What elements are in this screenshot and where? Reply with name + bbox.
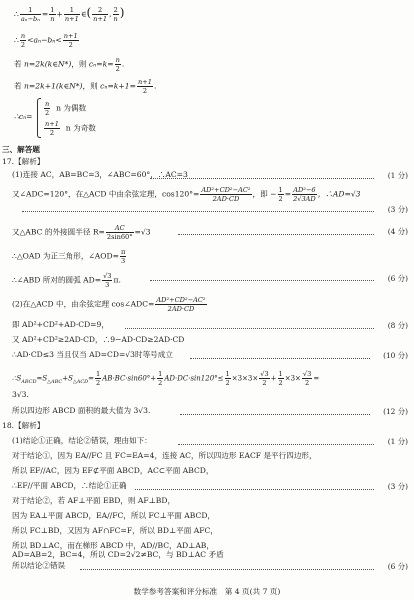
fraction: √33 — [102, 272, 112, 289]
period: . — [122, 60, 124, 69]
score: (1 分) — [388, 170, 408, 181]
score: (6 分) — [388, 561, 408, 572]
q17-header: 17.【解析】 — [2, 157, 44, 167]
fraction: 2n — [113, 6, 119, 23]
math: + — [271, 375, 277, 383]
case-odd: n+12 n 为奇数 — [43, 120, 96, 137]
fraction: 12 — [157, 370, 163, 387]
score: (12 分) — [383, 406, 408, 417]
q18-line-7: 所以 FC⊥BD，又因为 AF∩FC=F，所以 BD⊥平面 AFC， — [12, 526, 218, 536]
text: ，则 — [83, 82, 101, 91]
line-2: ∴n2<aₙ−bₙ<n+12 — [14, 32, 80, 49]
q18-line-6: 因为 EA⊥平面 ABCD，EA//FC，所以 FC⊥平面 ABCD， — [12, 511, 215, 521]
score: (1 分) — [388, 436, 408, 447]
math: +S — [62, 375, 73, 383]
case-even: n2 n 为偶数 — [43, 100, 86, 117]
fraction: √32 — [302, 370, 312, 387]
fraction: 1n+1 — [64, 6, 80, 23]
text: 又△ABC 的外接圆半径 R= — [12, 228, 105, 237]
leader-dots — [125, 328, 374, 329]
math: =S — [36, 375, 47, 383]
period: . — [154, 82, 156, 91]
fraction: 1n — [49, 6, 55, 23]
q18-line-5: 对于结论②，若 AF⊥平面 EBD，则 AF⊥BD， — [12, 496, 175, 506]
q17-line-6: (2)在△ACD 中，由余弦定理 cos∠ADC=AD²+CD²−AC²2AD·… — [12, 296, 208, 313]
text: ，∴AD=√3 — [318, 190, 361, 199]
math: AD·DC·sin120°≤ — [164, 375, 223, 383]
fraction: 12 — [278, 370, 284, 387]
fraction: π3 — [120, 248, 126, 265]
fraction: 12 — [278, 186, 284, 203]
math: cₙ=k= — [89, 60, 114, 69]
case-label: n 为奇数 — [66, 124, 96, 133]
fraction: n2 — [44, 100, 50, 117]
q17-line-10: ∴SABCD=S△ABC+S△ACD=12AB·BC·sin60°+12AD·D… — [12, 370, 319, 387]
text: = — [285, 190, 291, 199]
text: ∴△OAD 为正三角形，∠AOD= — [12, 252, 119, 261]
fraction: AD²+CD²−AC²2AD·CD — [200, 186, 251, 203]
page-footer: 数学参考答案和评分标准 第 4 页(共 7 页) — [0, 586, 414, 597]
q17-line-11: 3√3. — [12, 390, 29, 400]
leader-dots — [178, 444, 374, 445]
math: AB·BC·sin60°+ — [102, 375, 156, 383]
leader-dots — [80, 569, 374, 570]
fraction: 2n+1 — [92, 6, 108, 23]
math: ∴S — [12, 375, 21, 383]
score: (3 分) — [388, 481, 408, 492]
q17-line-3: 又△ABC 的外接圆半径 R=AC2sin60°=√3 — [12, 224, 151, 241]
q18-line-1: (1)结论①正确，结论②错误，理由如下： — [12, 436, 152, 446]
math: n=2k(k∈N*) — [24, 60, 71, 69]
fraction: 12 — [95, 370, 101, 387]
fraction: 12 — [225, 370, 231, 387]
math: ×3× — [285, 375, 301, 383]
q17-line-9: ∴AD·CD≤3 当且仅当 AD=CD=√3时等号成立 — [12, 350, 173, 360]
q18-line-9: AD=AB=2，BC=4，所以 CD=2√2≠BC，与 BD⊥AC 矛盾 — [12, 550, 224, 560]
math: n=2k+1(k∈N*) — [24, 82, 82, 91]
leader-dots — [22, 211, 374, 212]
subscript: △ACD — [73, 379, 88, 385]
q18-line-2: 对于结论①，因为 EA//FC 且 FC=EA=4，连接 AC，所以四边形 EA… — [12, 451, 317, 461]
therefore-symbol: ∴ — [14, 36, 19, 45]
subscript: ABCD — [21, 379, 36, 385]
text: =√3 — [135, 228, 151, 237]
leader-dots — [190, 358, 370, 359]
piecewise-definition: ∴cₙ= — [14, 112, 33, 122]
q17-line-12: 所以四边形 ABCD 面积的最大值为 3√3. — [12, 406, 150, 416]
fraction: n2 — [20, 32, 26, 49]
line-4: 若 n=2k+1(k∈N*)，则 cₙ=k+1=n+12. — [14, 78, 156, 95]
fraction: n+12 — [137, 78, 153, 95]
q17-line-8: 又 AD²+CD²≥2AD·CD，∴9−AD·CD≥2AD·CD — [12, 335, 184, 345]
therefore-symbol: ∴ — [14, 10, 19, 19]
leader-dots — [150, 178, 374, 179]
text: 若 — [14, 60, 24, 69]
fraction: AC2sin60° — [106, 224, 134, 241]
q18-line-10: 所以结论②错误 — [12, 561, 65, 571]
score: (3 分) — [388, 204, 408, 215]
q17-line-7: 即 AD²+CD²+AD·CD=9， — [12, 320, 109, 330]
math: ×3×3× — [232, 375, 259, 383]
math: = — [88, 375, 94, 383]
text: ，则 — [71, 60, 89, 69]
fraction: √32 — [259, 370, 269, 387]
q18-line-3: 所以 EF//AC，因为 EF⊄平面 ABCD，AC⊂平面 ABCD， — [12, 466, 213, 476]
fraction: 1aₙ−bₙ — [20, 6, 41, 23]
fraction: AD²+CD²−AC²2AD·CD — [155, 296, 206, 313]
subscript: △ABC — [47, 379, 62, 385]
text: ，即 − — [253, 190, 277, 199]
score: (10 分) — [383, 350, 408, 361]
fraction: n+12 — [63, 32, 79, 49]
math: ∴cₙ= — [14, 112, 33, 121]
fraction: n2 — [115, 56, 121, 73]
text: π. — [113, 276, 120, 285]
left-brace — [37, 98, 41, 138]
fraction: AD²−62√3AD — [292, 186, 317, 203]
leader-dots — [180, 414, 370, 415]
text: 又∠ADC=120°，在△ACD 中由余弦定理，cos120°= — [12, 190, 199, 199]
score: (6 分) — [388, 273, 408, 284]
text: 若 — [14, 82, 24, 91]
math: = — [313, 375, 319, 383]
leader-dots — [178, 234, 374, 235]
q17-line-4: ∴△OAD 为正三角形，∠AOD=π3 — [12, 248, 127, 265]
leader-dots — [135, 489, 374, 490]
score: (4 分) — [388, 226, 408, 237]
math: cₙ=k+1= — [100, 82, 136, 91]
fraction: n+12 — [44, 120, 60, 137]
text: (2)在△ACD 中，由余弦定理 cos∠ADC= — [12, 300, 154, 309]
score: (8 分) — [388, 320, 408, 331]
case-label: n 为偶数 — [56, 104, 86, 113]
section-title: 三、解答题 — [2, 145, 40, 155]
q18-line-4: ∴EF//平面 ABCD，∴结论①正确 — [12, 481, 127, 491]
text: ∴∠ABD 所对的圆弧 AD= — [12, 276, 101, 285]
line-1: ∴1aₙ−bₙ=1n+1n+1∈(2n+1,2n) — [14, 6, 124, 23]
line-3: 若 n=2k(k∈N*)，则 cₙ=k=n2. — [14, 56, 124, 73]
q17-line-5: ∴∠ABD 所对的圆弧 AD=√33π. — [12, 272, 121, 289]
q18-header: 18.【解析】 — [2, 421, 44, 431]
leader-dots — [150, 280, 374, 281]
q17-line-2: 又∠ADC=120°，在△ACD 中由余弦定理，cos120°=AD²+CD²−… — [12, 186, 361, 203]
